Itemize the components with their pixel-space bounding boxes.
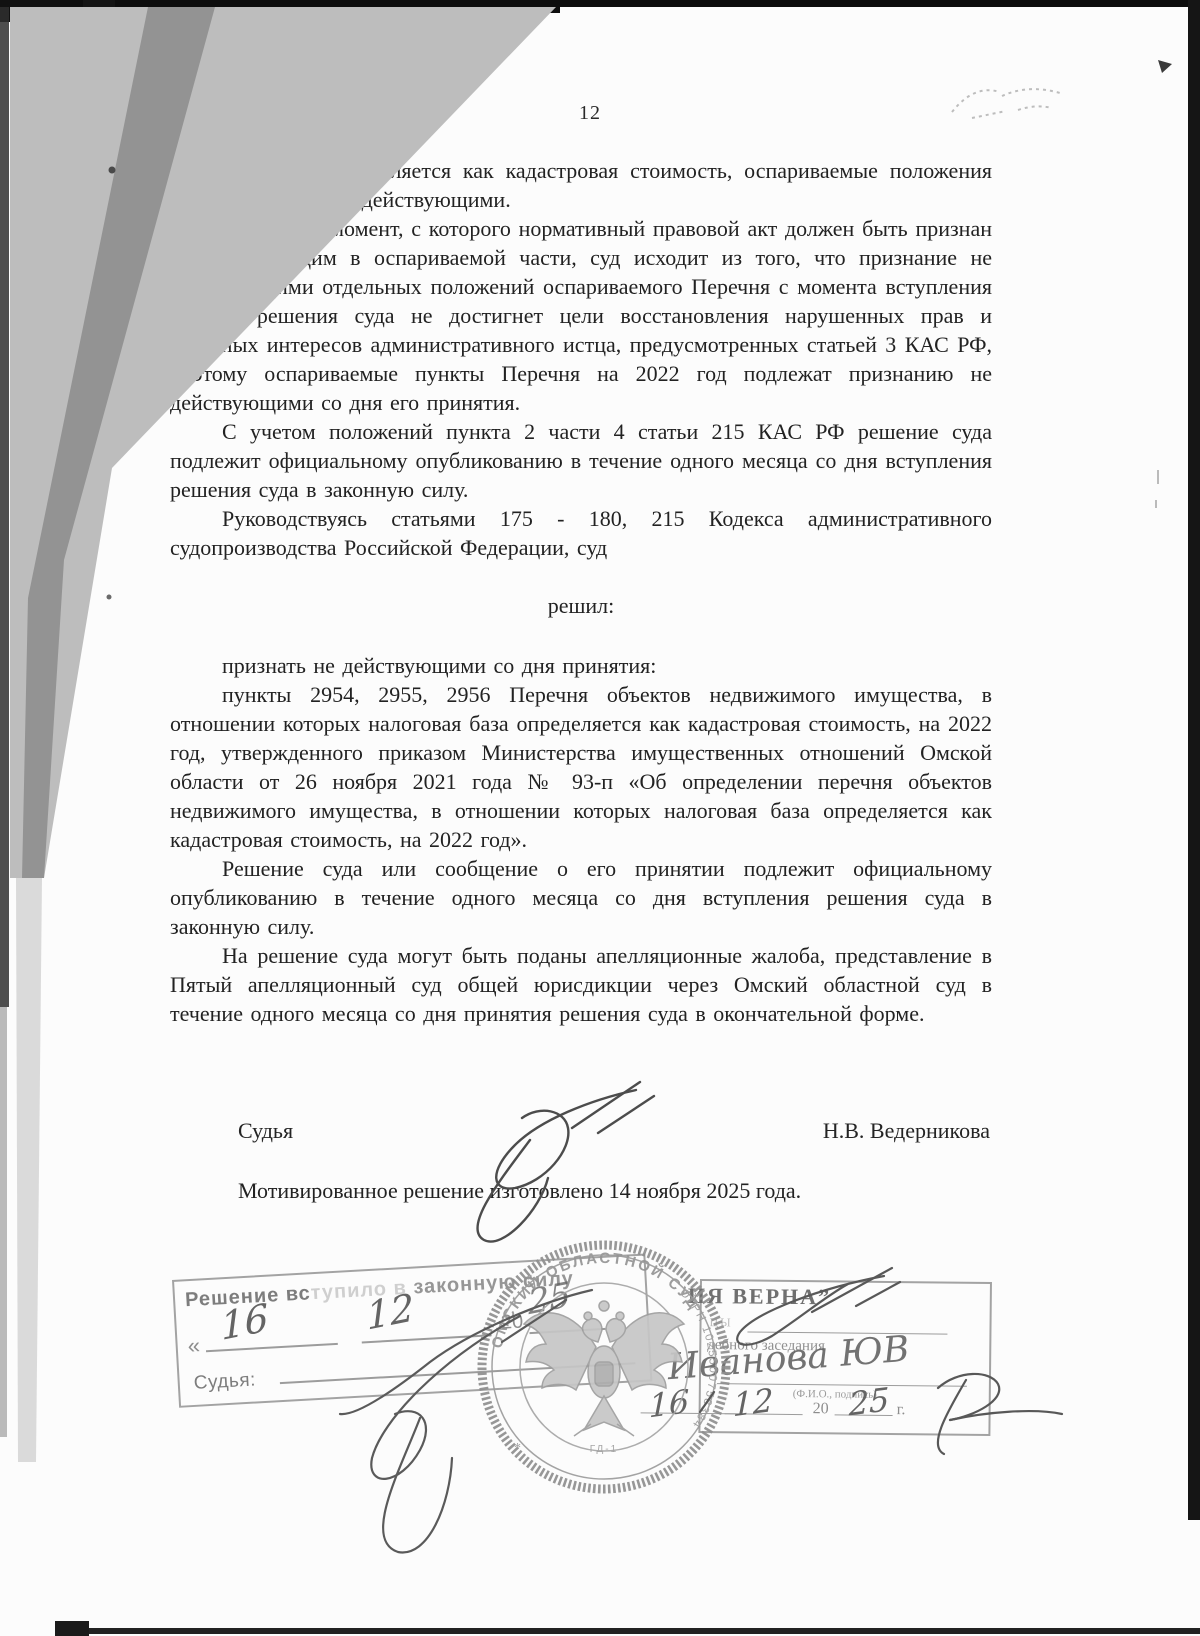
obscured-text-fragment: ЦЫ bbox=[709, 1315, 732, 1330]
seal-star: * bbox=[514, 1441, 521, 1456]
legal-force-entry-stamp: Решение вступило в законную силу « 20 16… bbox=[172, 1254, 652, 1408]
decision-body-text: налоговая база определяется как кадастро… bbox=[170, 156, 992, 1028]
judge-signature-row: Судья Н.В. Ведерникова bbox=[170, 1118, 990, 1144]
signature-blank-line bbox=[747, 1318, 947, 1335]
pencil-scribble bbox=[952, 89, 1060, 118]
handwritten-day: 16 bbox=[220, 1295, 270, 1349]
judge-signature bbox=[477, 1082, 654, 1242]
handwritten-month: 12 bbox=[733, 1381, 774, 1425]
judge-name: Н.В. Ведерникова bbox=[823, 1118, 990, 1144]
body-paragraph: Руководствуясь статьями 175 - 180, 215 К… bbox=[170, 504, 992, 562]
scanned-court-decision-page: 12 налоговая база определяется как кадас… bbox=[0, 0, 1200, 1636]
open-quote-mark: « bbox=[187, 1333, 201, 1360]
body-paragraph: Определяя момент, с которого нормативный… bbox=[170, 214, 992, 417]
judge-signature-line bbox=[279, 1348, 635, 1384]
resolution-heading: решил: bbox=[170, 591, 992, 620]
year-prefix: 20 bbox=[813, 1400, 829, 1418]
resolution-paragraph: Решение суда или сообщение о его приняти… bbox=[170, 854, 992, 941]
resolution-paragraph: На решение суда могут быть поданы апелля… bbox=[170, 941, 992, 1028]
entry-stamp-judge-label: Судья: bbox=[193, 1369, 256, 1394]
scan-speck bbox=[109, 167, 116, 174]
resolution-paragraph: признать не действующими со дня принятия… bbox=[170, 651, 992, 680]
handwritten-month: 12 bbox=[365, 1285, 415, 1339]
body-paragraph: С учетом положений пункта 2 части 4 стат… bbox=[170, 417, 992, 504]
copy-stamp-title: ИЯ ВЕРНА” bbox=[688, 1283, 832, 1310]
copy-certification-stamp: ИЯ ВЕРНА” ЦЫ дебного заседания Иванова Ю… bbox=[698, 1279, 992, 1436]
year-prefix: 20 bbox=[500, 1310, 523, 1334]
seal-center-code: ГД-1 bbox=[590, 1444, 618, 1455]
handwritten-year: 25 bbox=[849, 1380, 890, 1424]
handwritten-year: 25 bbox=[527, 1275, 572, 1324]
year-suffix: г. bbox=[897, 1401, 906, 1419]
judge-label: Судья bbox=[170, 1118, 293, 1144]
body-paragraph: налоговая база определяется как кадастро… bbox=[170, 156, 992, 214]
resolution-paragraph: пункты 2954, 2955, 2956 Перечня объектов… bbox=[170, 680, 992, 854]
scan-speck bbox=[107, 595, 112, 600]
page-number: 12 bbox=[560, 102, 620, 125]
handwritten-day: 16 bbox=[649, 1382, 690, 1426]
right-edge-strip bbox=[1188, 0, 1200, 1520]
motivated-decision-note: Мотивированное решение изготовлено 14 но… bbox=[238, 1178, 801, 1204]
